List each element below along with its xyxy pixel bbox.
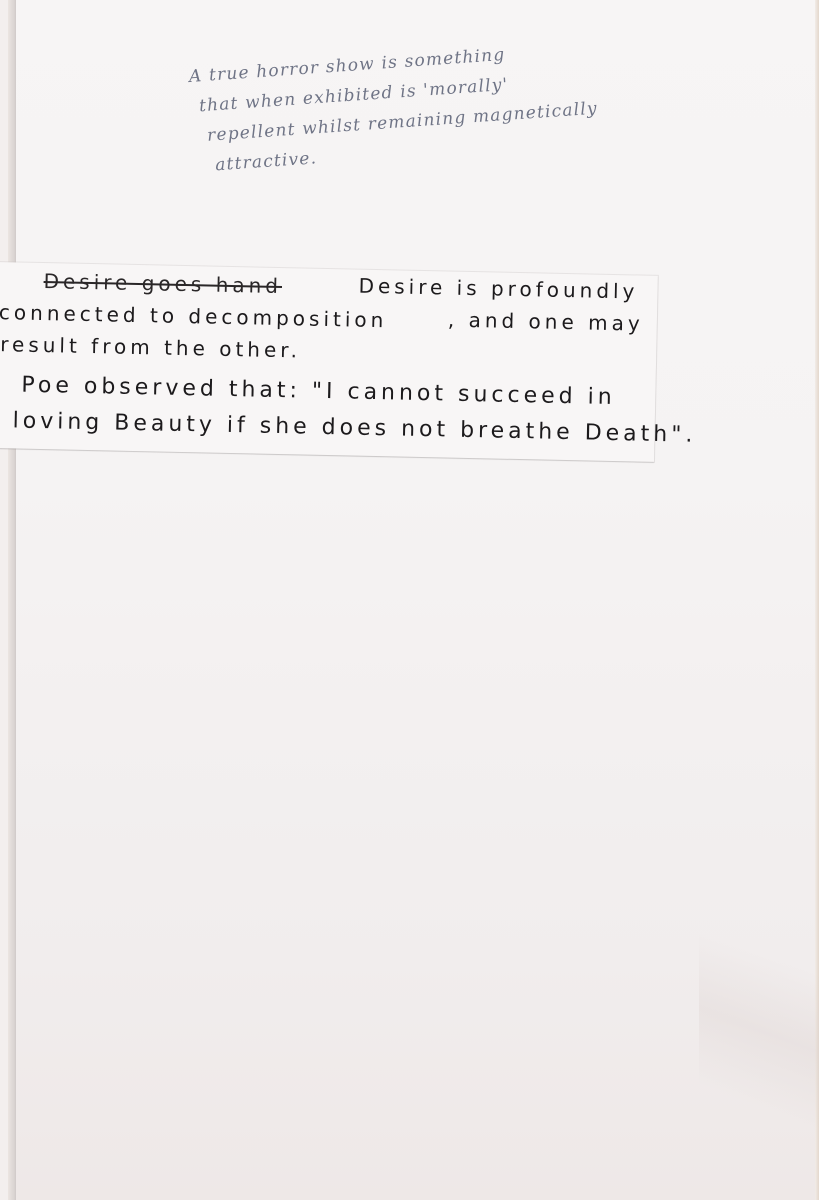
struck-out-text: Desire goes hand: [43, 269, 282, 298]
strip-line: Poe observed that: "I cannot succeed in: [21, 373, 616, 410]
strip-line: loving Beauty if she does not breathe De…: [12, 408, 696, 447]
pasted-paper-strip: Desire goes hand Desire is profoundly co…: [0, 262, 658, 462]
strip-line: Desire is profoundly: [358, 274, 638, 304]
strip-line: , and one may: [448, 308, 644, 336]
strip-line: connected to decomposition: [0, 300, 388, 332]
page-left-edge: [8, 0, 16, 1200]
paper-crease: [699, 860, 819, 1200]
paper-page: [8, 0, 819, 1200]
strip-line: result from the other.: [0, 332, 301, 362]
